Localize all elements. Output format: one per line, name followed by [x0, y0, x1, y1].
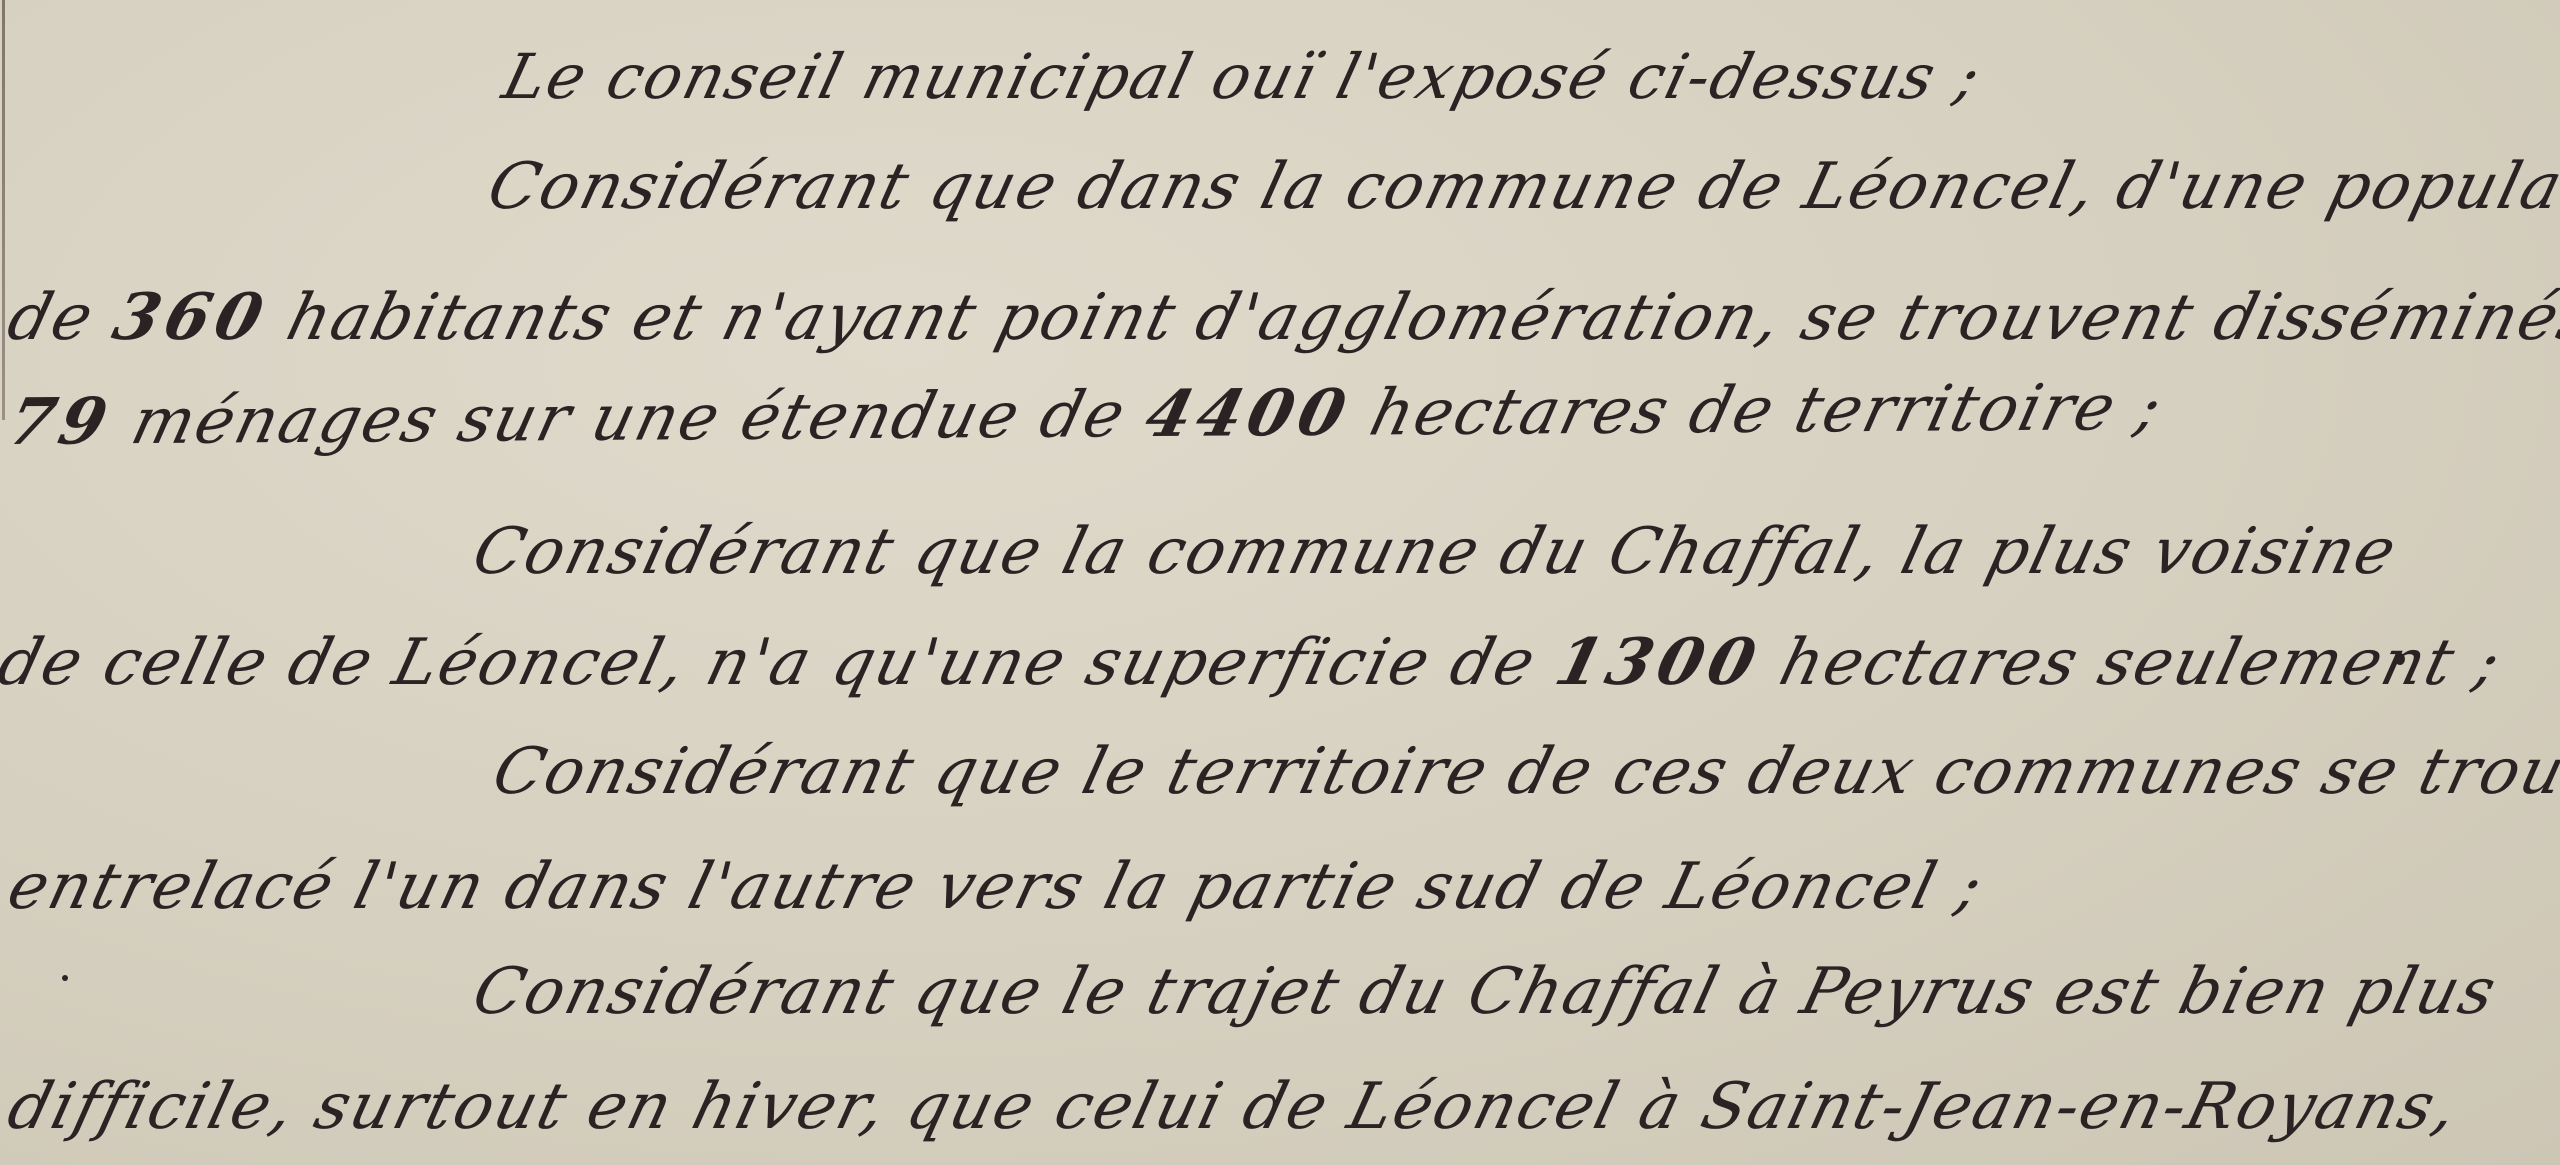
manuscript-page: Le conseil municipal ouï l'exposé ci-des…: [0, 0, 2560, 1165]
inhabitants-count: 360: [106, 280, 276, 355]
text-line-superficie: de celle de Léoncel, n'a qu'une superfic…: [0, 625, 2509, 700]
line-text: difficile, surtout en hiver, que celui d…: [1, 1070, 2466, 1144]
hectares-chaffal: 1300: [1548, 625, 1769, 700]
hectares-leoncel: 4400: [1138, 376, 1359, 452]
line-text: Considérant que la commune du Chaffal, l…: [466, 515, 2405, 589]
text-line-considerant-2: Considérant que la commune du Chaffal, l…: [466, 515, 2405, 589]
ink-dot: [2395, 653, 2405, 665]
text-line-opening: Le conseil municipal ouï l'exposé ci-des…: [496, 40, 1989, 113]
households-count: 79: [1, 384, 120, 460]
text-line-population: de 360 habitants et n'ayant point d'aggl…: [1, 280, 2560, 355]
line-text: Considérant que le trajet du Chaffal à P…: [466, 955, 2505, 1029]
line-text: habitants et n'ayant point d'agglomérati…: [257, 281, 2560, 355]
line-text: hectares de territoire ;: [1341, 371, 2171, 451]
margin-rule: [2, 0, 5, 420]
text-line-considerant-1: Considérant que dans la commune de Léonc…: [481, 150, 2560, 224]
text-line-difficile: difficile, surtout en hiver, que celui d…: [1, 1070, 2466, 1144]
line-text: Considérant que le territoire de ces deu…: [486, 735, 2560, 809]
line-text: ménages sur une étendue de: [102, 378, 1156, 459]
text-line-households: 79 ménages sur une étendue de 4400 hecta…: [1, 370, 2171, 460]
text-line-considerant-3: Considérant que le territoire de ces deu…: [486, 735, 2560, 809]
ink-dot: [62, 975, 68, 981]
line-text: Considérant que dans la commune de Léonc…: [481, 150, 2560, 224]
line-text: entrelacé l'un dans l'autre vers la part…: [1, 850, 1991, 924]
line-text: de: [1, 281, 125, 355]
line-text: Le conseil municipal ouï l'exposé ci-des…: [496, 40, 1989, 113]
text-line-entrelace: entrelacé l'un dans l'autre vers la part…: [1, 850, 1991, 924]
line-text: hectares seulement ;: [1750, 626, 2509, 700]
text-line-considerant-4: Considérant que le trajet du Chaffal à P…: [466, 955, 2505, 1029]
line-text: de celle de Léoncel, n'a qu'une superfic…: [0, 626, 1566, 700]
